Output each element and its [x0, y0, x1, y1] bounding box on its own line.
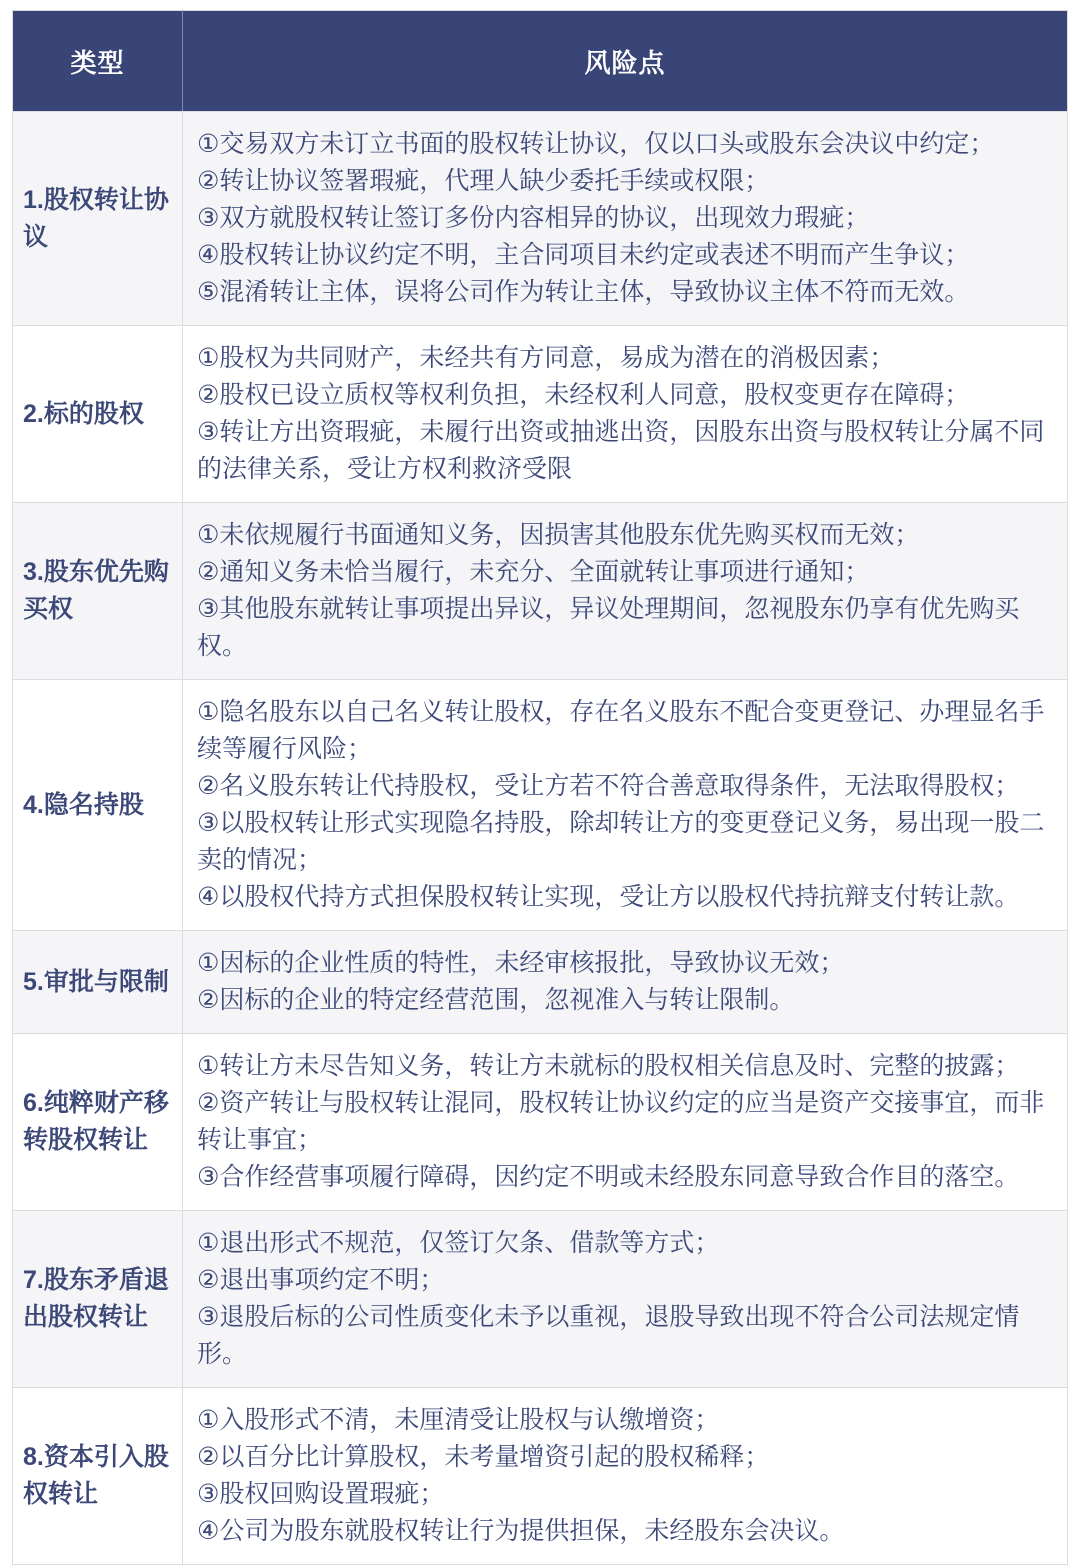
table-row: 8.资本引入股权转让 ①入股形式不清，未厘清受让股权与认缴增资； ②以百分比计算… — [13, 1388, 1068, 1565]
risk-table: 类型 风险点 1.股权转让协议 ①交易双方未订立书面的股权转让协议，仅以口头或股… — [12, 10, 1068, 1565]
risk-item: ②以百分比计算股权，未考量增资引起的股权稀释； — [197, 1439, 1053, 1476]
risk-item: ⑤混淆转让主体，误将公司作为转让主体，导致协议主体不符而无效。 — [197, 274, 1053, 311]
type-cell: 6.纯粹财产移转股权转让 — [13, 1034, 183, 1211]
risk-item: ②转让协议签署瑕疵，代理人缺少委托手续或权限； — [197, 163, 1053, 200]
risk-item: ③双方就股权转让签订多份内容相异的协议，出现效力瑕疵； — [197, 200, 1053, 237]
risk-item: ①未依规履行书面通知义务，因损害其他股东优先购买权而无效； — [197, 517, 1053, 554]
risk-item: ③股权回购设置瑕疵； — [197, 1476, 1053, 1513]
risk-item: ③退股后标的公司性质变化未予以重视，退股导致出现不符合公司法规定情形。 — [197, 1299, 1053, 1373]
risk-item: ③转让方出资瑕疵，未履行出资或抽逃出资，因股东出资与股权转让分属不同的法律关系，… — [197, 414, 1053, 488]
risk-item: ④以股权代持方式担保股权转让实现，受让方以股权代持抗辩支付转让款。 — [197, 879, 1053, 916]
risk-item: ③以股权转让形式实现隐名持股，除却转让方的变更登记义务，易出现一股二卖的情况； — [197, 805, 1053, 879]
type-cell: 5.审批与限制 — [13, 931, 183, 1034]
risk-item: ②股权已设立质权等权利负担，未经权利人同意，股权变更存在障碍； — [197, 377, 1053, 414]
table-body: 1.股权转让协议 ①交易双方未订立书面的股权转让协议，仅以口头或股东会决议中约定… — [13, 112, 1068, 1565]
header-cell-type: 类型 — [13, 11, 183, 112]
table-header: 类型 风险点 — [13, 11, 1068, 112]
type-cell: 7.股东矛盾退出股权转让 — [13, 1211, 183, 1388]
type-cell: 3.股东优先购买权 — [13, 503, 183, 680]
risk-item: ④公司为股东就股权转让行为提供担保，未经股东会决议。 — [197, 1513, 1053, 1550]
table-row: 7.股东矛盾退出股权转让 ①退出形式不规范，仅签订欠条、借款等方式； ②退出事项… — [13, 1211, 1068, 1388]
risk-cell: ①退出形式不规范，仅签订欠条、借款等方式； ②退出事项约定不明； ③退股后标的公… — [183, 1211, 1068, 1388]
type-cell: 2.标的股权 — [13, 326, 183, 503]
risk-item: ①转让方未尽告知义务，转让方未就标的股权相关信息及时、完整的披露； — [197, 1048, 1053, 1085]
type-cell: 4.隐名持股 — [13, 680, 183, 931]
table-row: 4.隐名持股 ①隐名股东以自己名义转让股权，存在名义股东不配合变更登记、办理显名… — [13, 680, 1068, 931]
risk-item: ①交易双方未订立书面的股权转让协议，仅以口头或股东会决议中约定； — [197, 126, 1053, 163]
page: 类型 风险点 1.股权转让协议 ①交易双方未订立书面的股权转让协议，仅以口头或股… — [0, 0, 1080, 1527]
risk-cell: ①入股形式不清，未厘清受让股权与认缴增资； ②以百分比计算股权，未考量增资引起的… — [183, 1388, 1068, 1565]
risk-cell: ①股权为共同财产，未经共有方同意，易成为潜在的消极因素； ②股权已设立质权等权利… — [183, 326, 1068, 503]
type-cell: 1.股权转让协议 — [13, 112, 183, 326]
risk-item: ①退出形式不规范，仅签订欠条、借款等方式； — [197, 1225, 1053, 1262]
table-row: 1.股权转让协议 ①交易双方未订立书面的股权转让协议，仅以口头或股东会决议中约定… — [13, 112, 1068, 326]
table-row: 2.标的股权 ①股权为共同财产，未经共有方同意，易成为潜在的消极因素； ②股权已… — [13, 326, 1068, 503]
risk-item: ①因标的企业性质的特性，未经审核报批，导致协议无效； — [197, 945, 1053, 982]
table-row: 6.纯粹财产移转股权转让 ①转让方未尽告知义务，转让方未就标的股权相关信息及时、… — [13, 1034, 1068, 1211]
risk-cell: ①转让方未尽告知义务，转让方未就标的股权相关信息及时、完整的披露； ②资产转让与… — [183, 1034, 1068, 1211]
risk-cell: ①隐名股东以自己名义转让股权，存在名义股东不配合变更登记、办理显名手续等履行风险… — [183, 680, 1068, 931]
risk-item: ②资产转让与股权转让混同，股权转让协议约定的应当是资产交接事宜，而非转让事宜； — [197, 1085, 1053, 1159]
risk-item: ②退出事项约定不明； — [197, 1262, 1053, 1299]
risk-item: ①隐名股东以自己名义转让股权，存在名义股东不配合变更登记、办理显名手续等履行风险… — [197, 694, 1053, 768]
risk-item: ②因标的企业的特定经营范围，忽视准入与转让限制。 — [197, 982, 1053, 1019]
table-row: 3.股东优先购买权 ①未依规履行书面通知义务，因损害其他股东优先购买权而无效； … — [13, 503, 1068, 680]
risk-cell: ①未依规履行书面通知义务，因损害其他股东优先购买权而无效； ②通知义务未恰当履行… — [183, 503, 1068, 680]
risk-item: ②通知义务未恰当履行，未充分、全面就转让事项进行通知； — [197, 554, 1053, 591]
risk-item: ①股权为共同财产，未经共有方同意，易成为潜在的消极因素； — [197, 340, 1053, 377]
risk-item: ③其他股东就转让事项提出异议，异议处理期间，忽视股东仍享有优先购买权。 — [197, 591, 1053, 665]
header-cell-risk: 风险点 — [183, 11, 1068, 112]
type-cell: 8.资本引入股权转让 — [13, 1388, 183, 1565]
risk-item: ③合作经营事项履行障碍，因约定不明或未经股东同意导致合作目的落空。 — [197, 1159, 1053, 1196]
risk-cell: ①交易双方未订立书面的股权转让协议，仅以口头或股东会决议中约定； ②转让协议签署… — [183, 112, 1068, 326]
table-row: 5.审批与限制 ①因标的企业性质的特性，未经审核报批，导致协议无效； ②因标的企… — [13, 931, 1068, 1034]
risk-item: ①入股形式不清，未厘清受让股权与认缴增资； — [197, 1402, 1053, 1439]
risk-item: ②名义股东转让代持股权，受让方若不符合善意取得条件，无法取得股权； — [197, 768, 1053, 805]
risk-cell: ①因标的企业性质的特性，未经审核报批，导致协议无效； ②因标的企业的特定经营范围… — [183, 931, 1068, 1034]
risk-item: ④股权转让协议约定不明，主合同项目未约定或表述不明而产生争议； — [197, 237, 1053, 274]
